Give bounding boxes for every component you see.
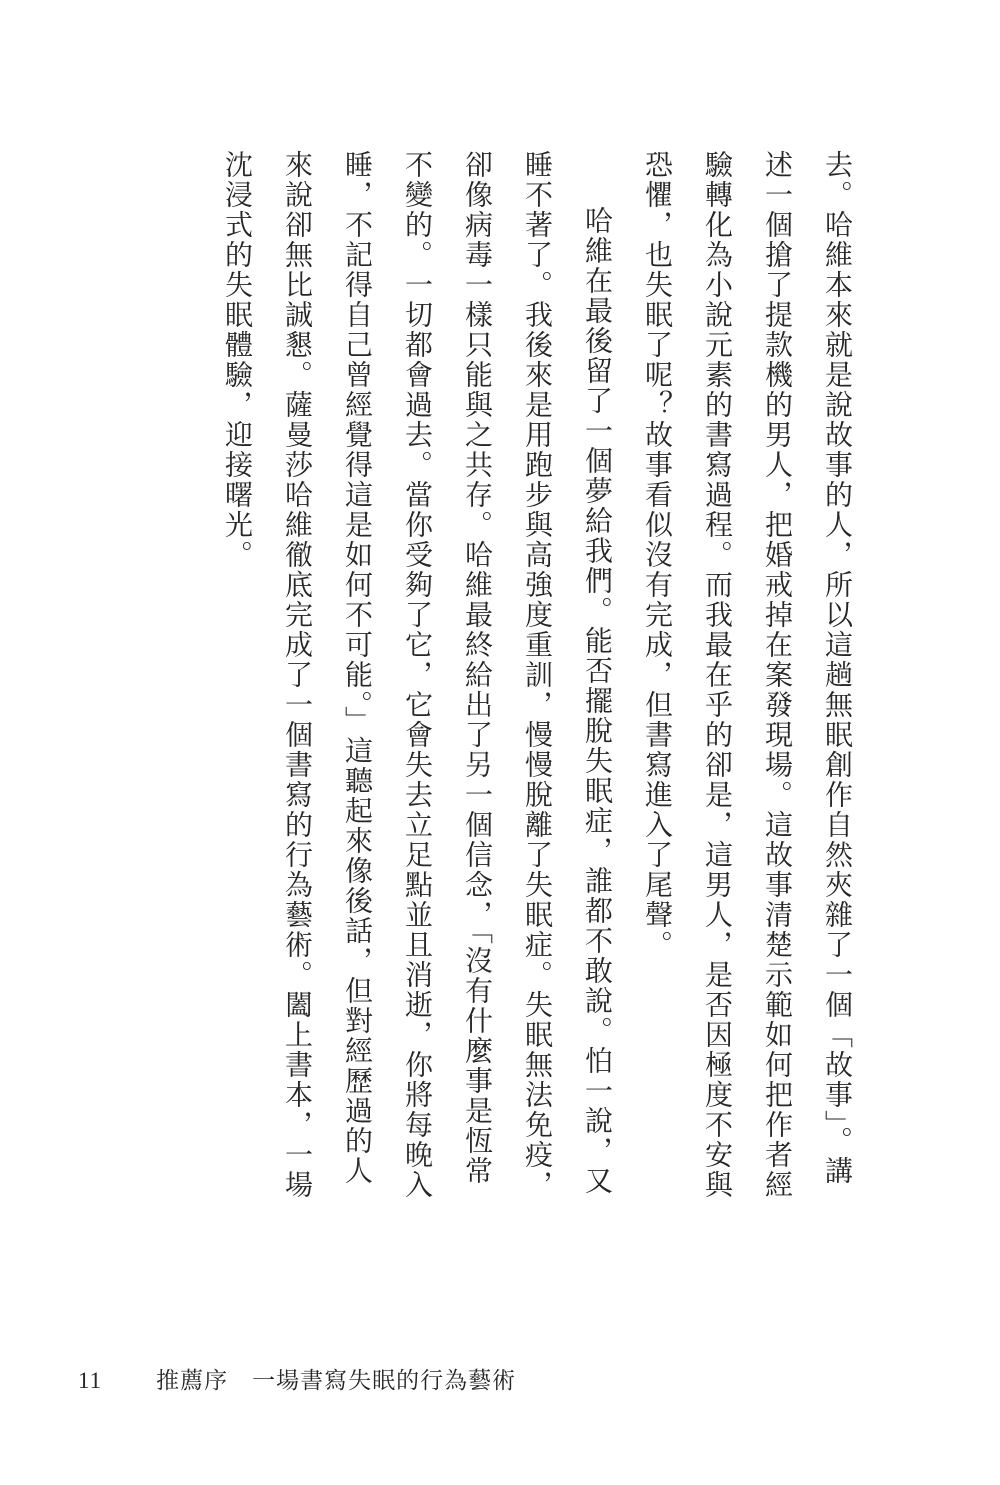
- vertical-text-block: 去。哈維本來就是說故事的人，所以這趟無眠創作自然夾雜了一個「故事」。講述一個搶了…: [206, 150, 866, 1206]
- book-page: 去。哈維本來就是說故事的人，所以這趟無眠創作自然夾雜了一個「故事」。講述一個搶了…: [0, 0, 1000, 1485]
- footer-section-label: 推薦序: [156, 1362, 228, 1395]
- paragraph: 哈維在最後留了一個夢給我們。能否擺脫失眠症，誰都不敢說。怕一說，又睡不著了。我後…: [206, 150, 626, 1206]
- page-number: 11: [78, 1368, 102, 1394]
- footer-chapter-title: 一場書寫失眠的行為藝術: [252, 1362, 516, 1395]
- paragraph: 去。哈維本來就是說故事的人，所以這趟無眠創作自然夾雜了一個「故事」。講述一個搶了…: [626, 150, 866, 1206]
- page-footer: 11 推薦序 一場書寫失眠的行為藝術: [78, 1362, 516, 1395]
